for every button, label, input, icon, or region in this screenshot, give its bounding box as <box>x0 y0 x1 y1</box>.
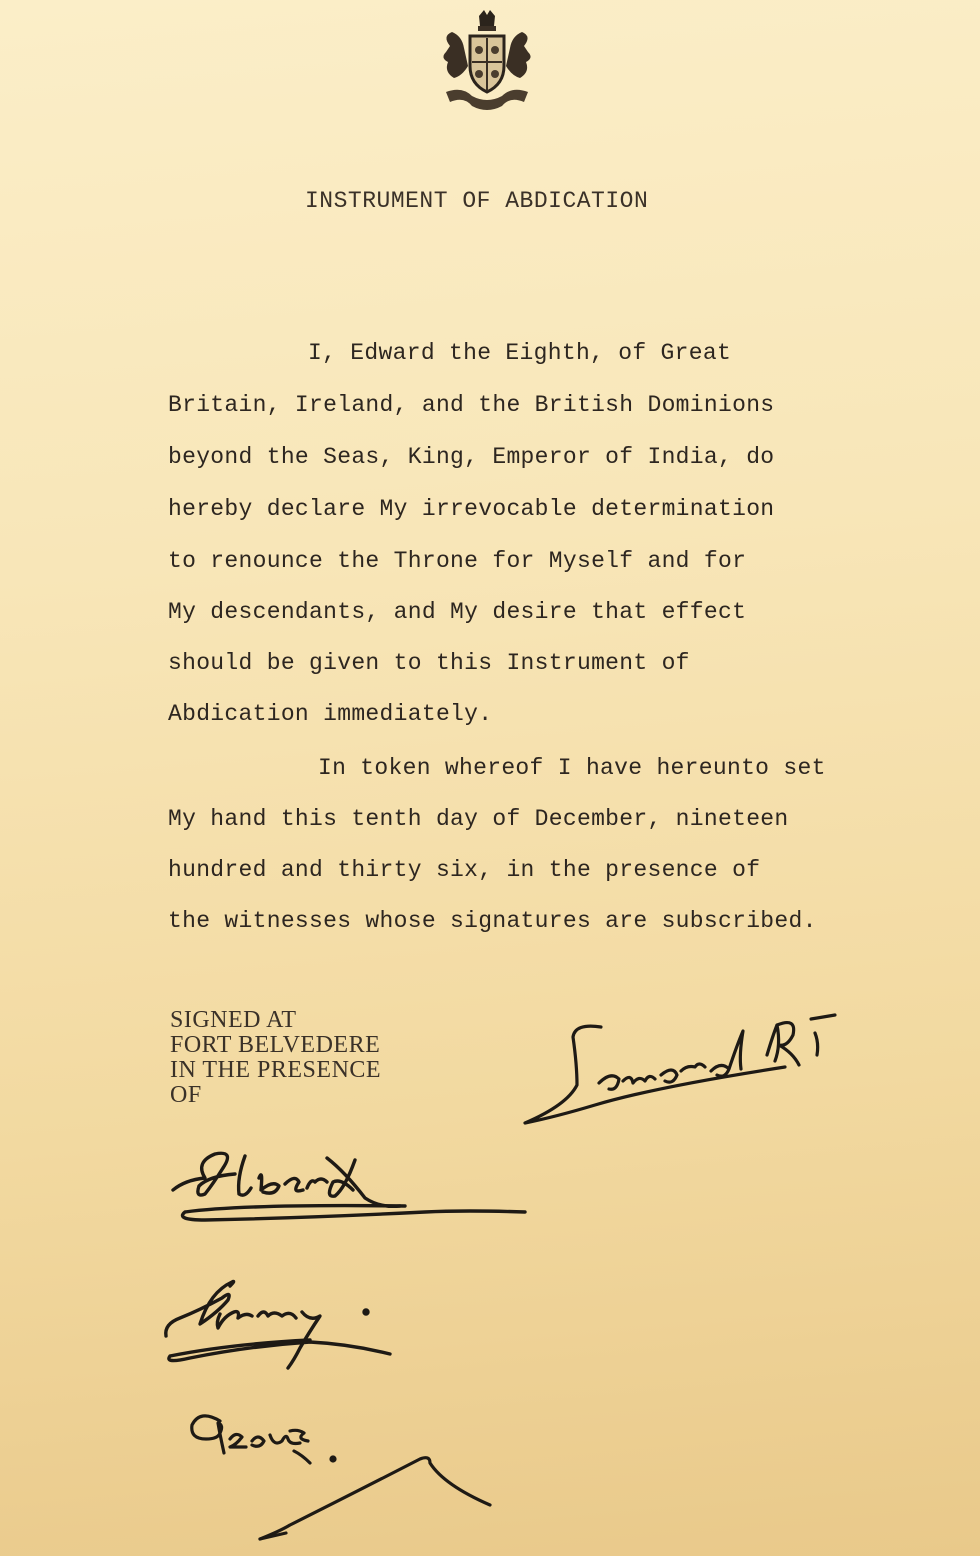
signed-at-line: IN THE PRESENCE <box>170 1058 381 1083</box>
text-line: the witnesses whose signatures are subsc… <box>168 908 817 934</box>
text-line: to renounce the Throne for Myself and fo… <box>168 548 746 574</box>
text-line: In token whereof I have hereunto set <box>318 755 826 781</box>
signed-at-line: FORT BELVEDERE <box>170 1033 381 1058</box>
text-line: I, Edward the Eighth, of Great <box>308 340 731 366</box>
abdication-document: INSTRUMENT OF ABDICATION I, Edward the E… <box>0 0 980 1556</box>
signed-at-line: OF <box>170 1083 381 1108</box>
text-line: should be given to this Instrument of <box>168 650 690 676</box>
document-title: INSTRUMENT OF ABDICATION <box>305 188 648 214</box>
royal-coat-of-arms-icon <box>432 6 542 116</box>
text-line: My hand this tenth day of December, nine… <box>168 806 789 832</box>
signed-at-line: SIGNED AT <box>170 1008 381 1033</box>
text-line: beyond the Seas, King, Emperor of India,… <box>168 444 774 470</box>
text-line: hundred and thirty six, in the presence … <box>168 857 760 883</box>
signed-at-block: SIGNED AT FORT BELVEDERE IN THE PRESENCE… <box>170 1008 381 1108</box>
signature-george: George. <box>190 1405 510 1545</box>
text-line: Britain, Ireland, and the British Domini… <box>168 392 774 418</box>
text-line: hereby declare My irrevocable determinat… <box>168 496 774 522</box>
text-line: Abdication immediately. <box>168 701 492 727</box>
signature-edward: Edward R.I. <box>515 1005 855 1135</box>
signature-albert: Albert <box>165 1138 535 1228</box>
text-line: My descendants, and My desire that effec… <box>168 599 746 625</box>
signature-henry: Henry. <box>160 1272 400 1382</box>
